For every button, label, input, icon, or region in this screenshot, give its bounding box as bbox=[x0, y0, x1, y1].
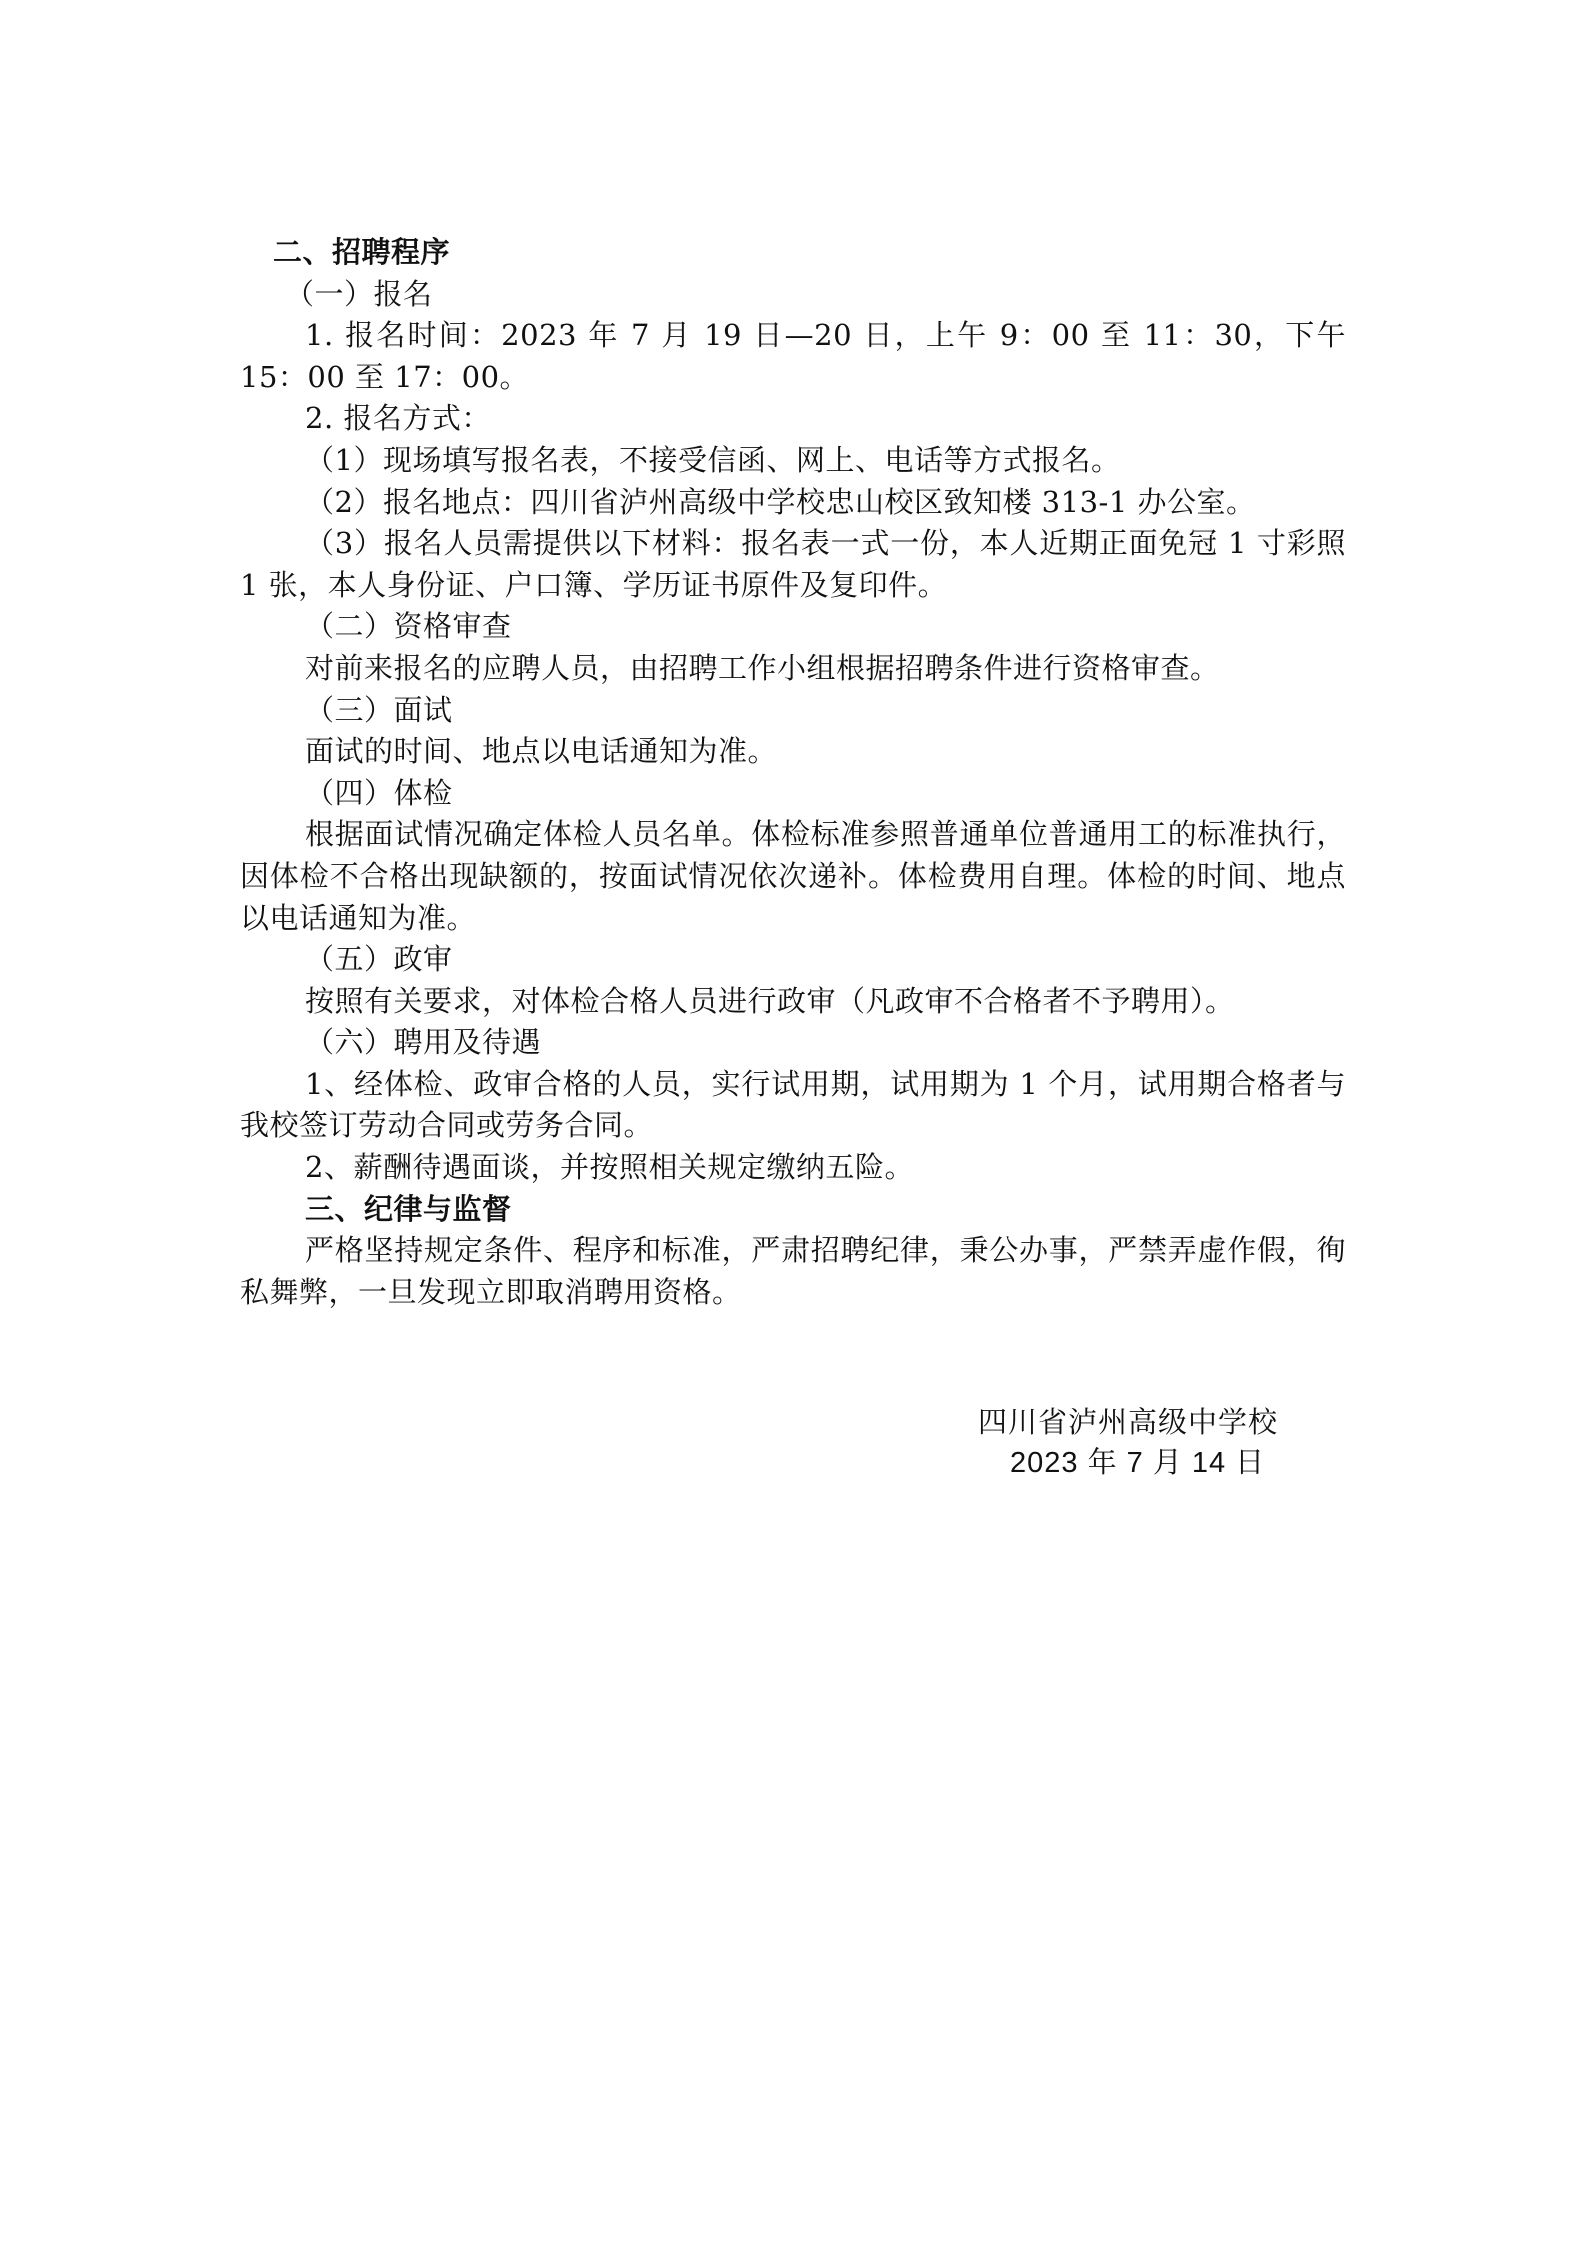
document-body: 二、招聘程序 （一）报名 1. 报名时间：2023 年 7 月 19 日—20 … bbox=[240, 232, 1346, 1313]
interview-body: 面试的时间、地点以电话通知为准。 bbox=[240, 731, 1346, 773]
employment-salary: 2、薪酬待遇面谈，并按照相关规定缴纳五险。 bbox=[240, 1147, 1346, 1189]
subsection-heading-employment-benefits: （六）聘用及待遇 bbox=[240, 1022, 1346, 1064]
signature-organization: 四川省泸州高级中学校 bbox=[978, 1402, 1298, 1443]
registration-method-1: （1）现场填写报名表，不接受信函、网上、电话等方式报名。 bbox=[240, 440, 1346, 482]
registration-method-heading: 2. 报名方式： bbox=[240, 398, 1346, 440]
qualification-review-body: 对前来报名的应聘人员，由招聘工作小组根据招聘条件进行资格审查。 bbox=[240, 648, 1346, 690]
employment-probation: 1、经体检、政审合格的人员，实行试用期，试用期为 1 个月，试用期合格者与我校签… bbox=[240, 1064, 1346, 1147]
signature-block: 四川省泸州高级中学校 2023 年 7 月 14 日 bbox=[978, 1402, 1298, 1484]
subsection-heading-interview: （三）面试 bbox=[240, 690, 1346, 732]
political-review-body: 按照有关要求，对体检合格人员进行政审（凡政审不合格者不予聘用）。 bbox=[240, 981, 1346, 1023]
registration-location: （2）报名地点：四川省泸州高级中学校忠山校区致知楼 313-1 办公室。 bbox=[240, 482, 1346, 524]
subsection-heading-political-review: （五）政审 bbox=[240, 939, 1346, 981]
registration-time: 1. 报名时间：2023 年 7 月 19 日—20 日，上午 9：00 至 1… bbox=[240, 315, 1346, 398]
medical-exam-body: 根据面试情况确定体检人员名单。体检标准参照普通单位普通用工的标准执行，因体检不合… bbox=[240, 814, 1346, 939]
section-heading-discipline-supervision: 三、纪律与监督 bbox=[240, 1189, 1346, 1231]
signature-date: 2023 年 7 月 14 日 bbox=[978, 1443, 1298, 1484]
discipline-supervision-body: 严格坚持规定条件、程序和标准，严肃招聘纪律，秉公办事，严禁弄虚作假，徇私舞弊，一… bbox=[240, 1230, 1346, 1313]
document-page: 二、招聘程序 （一）报名 1. 报名时间：2023 年 7 月 19 日—20 … bbox=[0, 0, 1587, 2245]
section-heading-recruitment-procedure: 二、招聘程序 bbox=[240, 232, 1346, 274]
subsection-heading-qualification-review: （二）资格审查 bbox=[240, 606, 1346, 648]
registration-materials: （3）报名人员需提供以下材料：报名表一式一份，本人近期正面免冠 1 寸彩照 1 … bbox=[240, 523, 1346, 606]
subsection-heading-registration: （一）报名 bbox=[240, 274, 1346, 316]
subsection-heading-medical-exam: （四）体检 bbox=[240, 773, 1346, 815]
